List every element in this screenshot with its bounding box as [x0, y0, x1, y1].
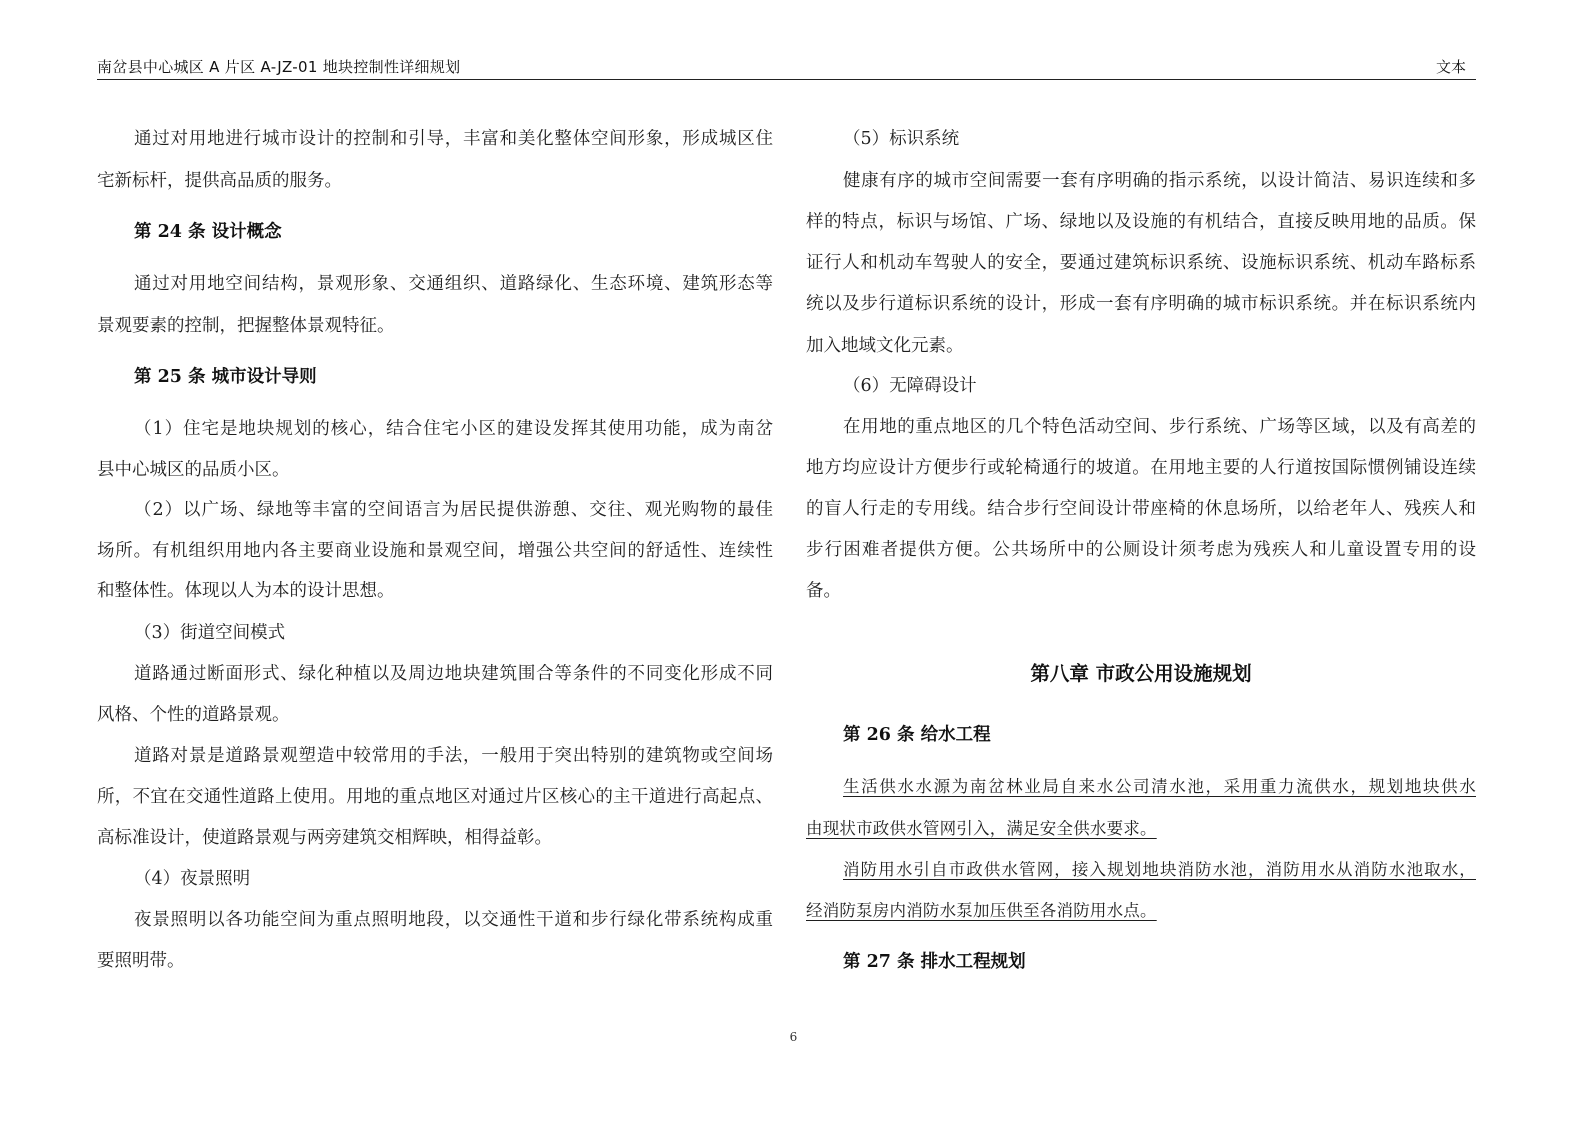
- paragraph-line: 场所。有机组织用地内各主要商业设施和景观空间，增强公共空间的舒适性、连续性: [97, 540, 773, 562]
- article-heading: （6）无障碍设计: [806, 375, 977, 397]
- paragraph-line: 样的特点，标识与场馆、广场、绿地以及设施的有机结合，直接反映用地的品质。保: [806, 211, 1476, 233]
- article-heading: 第 25 条 城市设计导则: [97, 366, 317, 388]
- paragraph-line: 道路对景是道路景观塑造中较常用的手法，一般用于突出特别的建筑物或空间场: [97, 745, 773, 767]
- paragraph-line: 县中心城区的品质小区。: [97, 459, 290, 481]
- paragraph-line: 要照明带。: [97, 950, 185, 972]
- paragraph-line: 生活供水水源为南岔林业局自来水公司清水池，采用重力流供水，规划地块供水: [806, 776, 1476, 798]
- article-heading: 第 24 条 设计概念: [97, 221, 282, 243]
- page-header: 南岔县中心城区 A 片区 A-JZ-01 地块控制性详细规划 文本: [97, 56, 1476, 78]
- paragraph-line: 消防用水引自市政供水管网，接入规划地块消防水池，消防用水从消防水池取水，: [806, 859, 1476, 881]
- paragraph-line: 在用地的重点地区的几个特色活动空间、步行系统、广场等区域，以及有高差的: [806, 416, 1476, 438]
- article-heading: （5）标识系统: [806, 128, 959, 150]
- header-divider: [97, 79, 1476, 80]
- paragraph-line: 步行困难者提供方便。公共场所中的公厕设计须考虑为残疾人和儿童设置专用的设: [806, 539, 1476, 561]
- paragraph-line: 风格、个性的道路景观。: [97, 704, 290, 726]
- paragraph-line: 的盲人行走的专用线。结合步行空间设计带座椅的休息场所，以给老年人、残疾人和: [806, 498, 1476, 520]
- paragraph-line: 健康有序的城市空间需要一套有序明确的指示系统，以设计简洁、易识连续和多: [806, 170, 1476, 192]
- paragraph-line: 加入地域文化元素。: [806, 335, 964, 357]
- article-heading: 第 27 条 排水工程规划: [806, 951, 1026, 973]
- paragraph-line: 统以及步行道标识系统的设计，形成一套有序明确的城市标识系统。并在标识系统内: [806, 293, 1476, 315]
- paragraph-line: 备。: [806, 580, 841, 602]
- paragraph-line: 所，不宜在交通性道路上使用。用地的重点地区对通过片区核心的主干道进行高起点、: [97, 786, 773, 808]
- article-heading: （3）街道空间模式: [97, 622, 285, 644]
- paragraph-line: 和整体性。体现以人为本的设计思想。: [97, 580, 395, 602]
- page-number: 6: [0, 1030, 1587, 1044]
- article-heading: （4）夜景照明: [97, 868, 250, 890]
- chapter-heading: 第八章 市政公用设施规划: [806, 662, 1476, 686]
- paragraph-line: 宅新标杆，提供高品质的服务。: [97, 170, 342, 192]
- paragraph-line: 高标准设计，使道路景观与两旁建筑交相辉映，相得益彰。: [97, 827, 552, 849]
- paragraph-line: 地方均应设计方便步行或轮椅通行的坡道。在用地主要的人行道按国际惯例铺设连续: [806, 457, 1476, 479]
- article-heading: 第 26 条 给水工程: [806, 724, 991, 746]
- article-heading: （1）住宅是地块规划的核心，结合住宅小区的建设发挥其使用功能，成为南岔: [97, 418, 773, 440]
- paragraph-line: 证行人和机动车驾驶人的安全，要通过建筑标识系统、设施标识系统、机动车路标系: [806, 252, 1476, 274]
- document-section-label: 文本: [1436, 56, 1466, 77]
- paragraph-line: 景观要素的控制，把握整体景观特征。: [97, 315, 395, 337]
- article-heading: （2）以广场、绿地等丰富的空间语言为居民提供游憩、交往、观光购物的最佳: [97, 499, 773, 521]
- paragraph-line: 道路通过断面形式、绿化种植以及周边地块建筑围合等条件的不同变化形成不同: [97, 663, 773, 685]
- paragraph-line: 由现状市政供水管网引入，满足安全供水要求。: [806, 818, 1157, 840]
- paragraph-line: 通过对用地空间结构，景观形象、交通组织、道路绿化、生态环境、建筑形态等: [97, 273, 773, 295]
- paragraph-line: 夜景照明以各功能空间为重点照明地段，以交通性干道和步行绿化带系统构成重: [97, 909, 773, 931]
- paragraph-line: 经消防泵房内消防水泵加压供至各消防用水点。: [806, 900, 1157, 922]
- paragraph-line: 通过对用地进行城市设计的控制和引导，丰富和美化整体空间形象，形成城区住: [97, 128, 773, 150]
- document-title: 南岔县中心城区 A 片区 A-JZ-01 地块控制性详细规划: [97, 56, 460, 77]
